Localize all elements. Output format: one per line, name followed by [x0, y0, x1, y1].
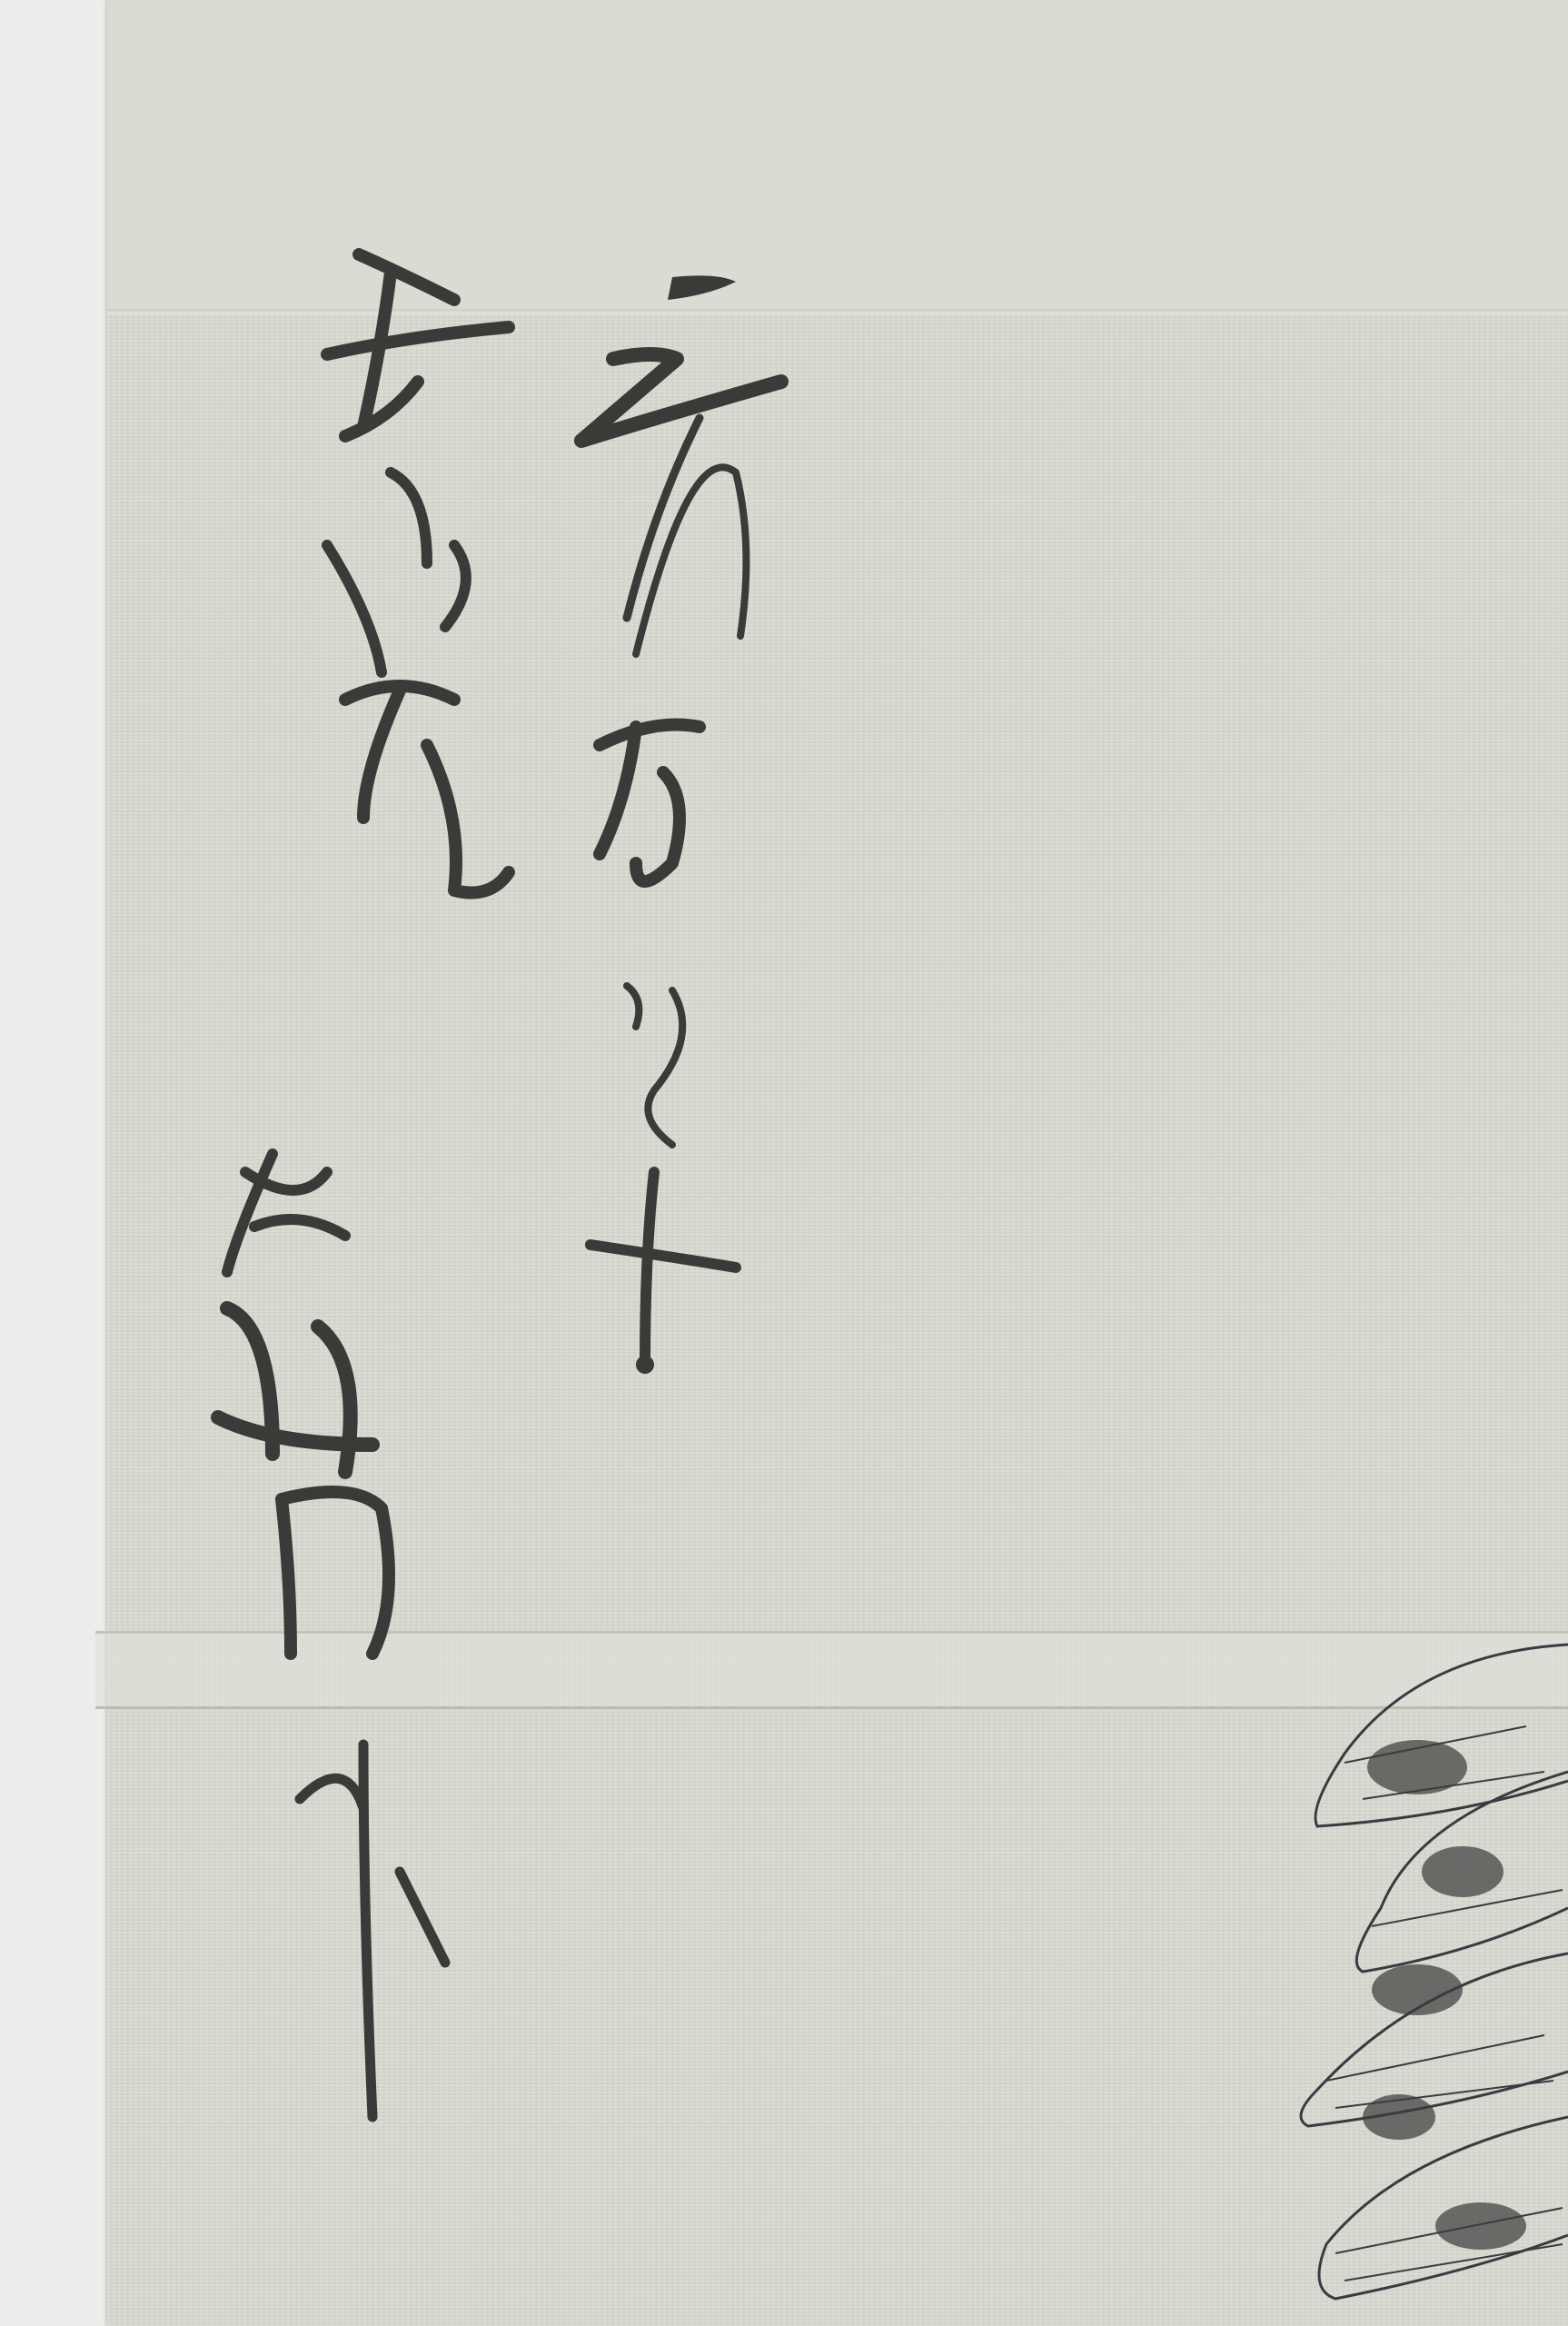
ink-wash-spots: [1363, 1740, 1526, 2250]
ink-painting-leaves: [0, 0, 1568, 2326]
